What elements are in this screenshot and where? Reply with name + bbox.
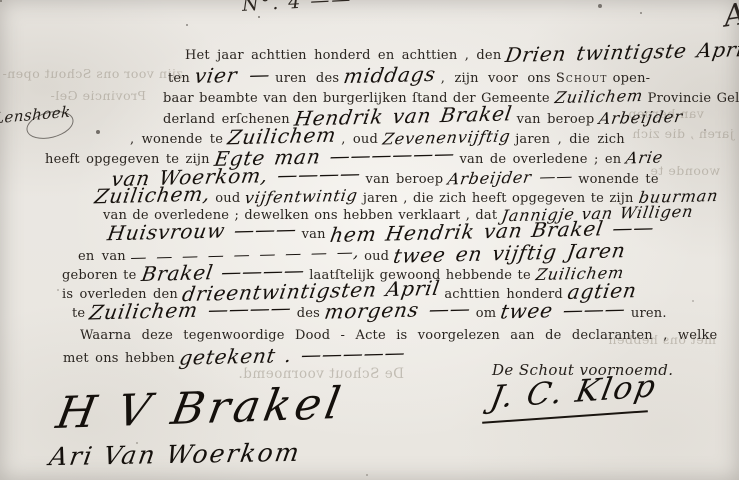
printed-text: jaren , die zich	[515, 132, 625, 147]
bleed-through-text: zijn voor ons Schout open-	[2, 66, 183, 81]
handwritten-entry: Huisvrouw ———	[106, 219, 298, 244]
printed-text: , zijn voor ons	[441, 71, 551, 86]
printed-text: ten	[168, 71, 190, 86]
handwritten-entry: Zuilichem	[553, 86, 644, 108]
printed-text: met ons hebben	[63, 351, 175, 366]
handwritten-entry: vier —	[193, 64, 272, 86]
bleed-through-text: Provincie Gel-	[50, 88, 146, 103]
printed-text: des	[297, 306, 320, 321]
ink-specks	[0, 0, 2, 2]
act-line: Het jaar achttien honderd en achttien , …	[185, 42, 739, 64]
printed-text: om	[476, 306, 497, 321]
handwritten-entry: Drien twintigste April	[504, 39, 739, 65]
act-line: tenvier —uren desmiddags, zijn voor onsS…	[168, 65, 655, 87]
printed-text: van beroep	[517, 112, 595, 127]
printed-text: Provincie Gel-	[648, 91, 739, 106]
signature-ari-van-woerkom: Ari Van Woerkom	[47, 438, 303, 471]
printed-text: Schout	[556, 71, 608, 86]
death-certificate-scan: zijn voor ons Schout open-Provincie Gel-…	[0, 0, 739, 480]
handwritten-entry: Zuilichem ————	[88, 298, 293, 323]
act-line: met ons hebbengetekent . —————	[63, 345, 410, 367]
printed-text: , wonende te	[130, 132, 223, 147]
handwritten-entry: getekent . —————	[178, 342, 407, 367]
printed-text: te	[72, 306, 85, 321]
printed-text: open-	[613, 71, 651, 86]
printed-text: van	[302, 227, 326, 242]
corner-ink-mark: A	[722, 0, 739, 34]
act-line: teZuilichem ————desmorgens ——omtwee ———u…	[72, 300, 672, 322]
handwritten-entry: Zuilichem,	[93, 184, 212, 207]
act-number: N°. 4 ——	[241, 0, 352, 16]
printed-text: uren des	[275, 71, 339, 86]
signature-hendrik-van-brakel: H V Brakel	[53, 378, 348, 439]
handwritten-entry: morgens ——	[323, 298, 472, 322]
printed-text: uren.	[631, 306, 667, 321]
bleed-through-text: jaren , die zich	[632, 126, 734, 141]
handwritten-entry: twee ———	[500, 298, 628, 321]
printed-text: Het jaar achttien honderd en achttien , …	[185, 48, 501, 63]
handwritten-entry: middags	[343, 64, 438, 86]
printed-text: van de overledene ; en	[459, 152, 621, 167]
